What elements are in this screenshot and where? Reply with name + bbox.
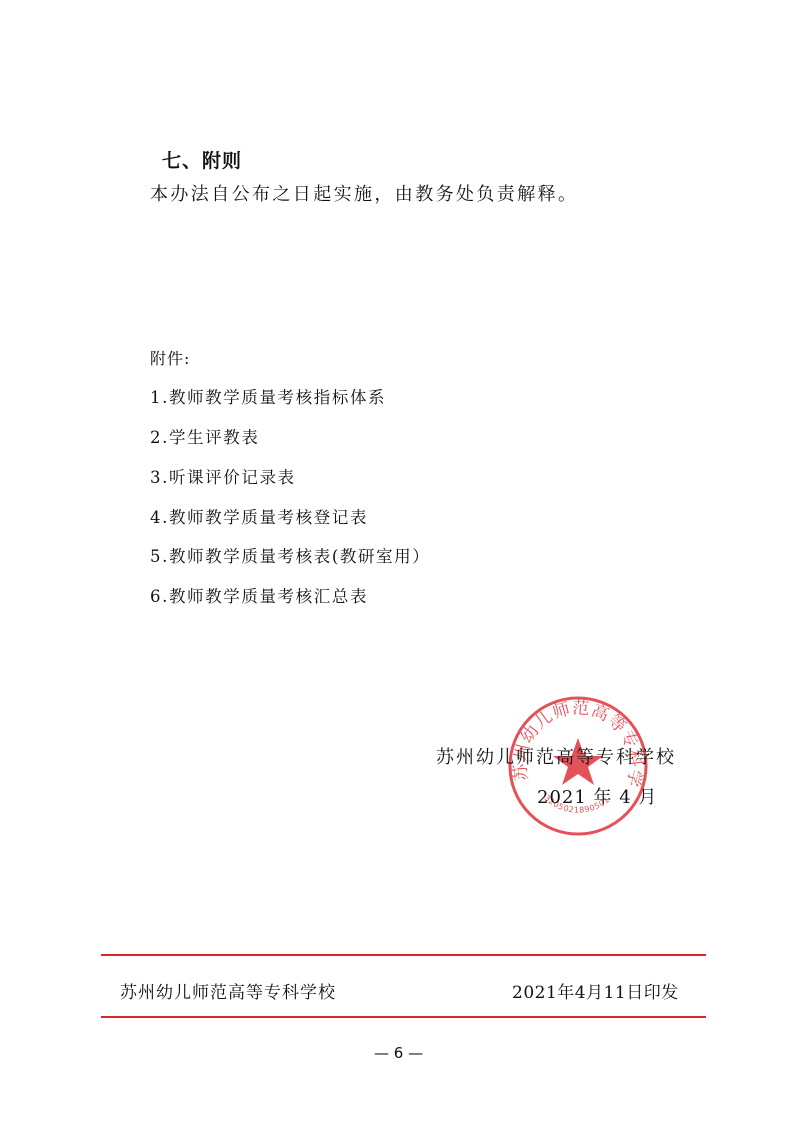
attachment-item: 1.教师教学质量考核指标体系 (150, 384, 386, 408)
page-number: — 6 — (374, 1044, 423, 1062)
signature-organization: 苏州幼儿师范高等专科学校 (436, 743, 676, 769)
attachment-item: 5.教师教学质量考核表(教研室用） (150, 543, 430, 567)
attachment-item: 3.听课评价记录表 (150, 464, 296, 488)
footer-rule-top (101, 954, 706, 956)
footer-issue-date: 2021年4月11日印发 (512, 978, 679, 1003)
footer-rule-bottom (101, 1016, 706, 1018)
attachment-item: 6.教师教学质量考核汇总表 (150, 583, 368, 607)
attachments-title: 附件: (150, 346, 190, 369)
attachment-item: 4.教师教学质量考核登记表 (150, 504, 368, 528)
signature-date: 2021 年 4 月 (537, 783, 657, 809)
section-body: 本办法自公布之日起实施，由教务处负责解释。 (150, 180, 578, 206)
attachment-item: 2.学生评教表 (150, 424, 259, 448)
section-heading: 七、附则 (162, 146, 242, 173)
footer-issuer: 苏州幼儿师范高等专科学校 (120, 978, 336, 1003)
